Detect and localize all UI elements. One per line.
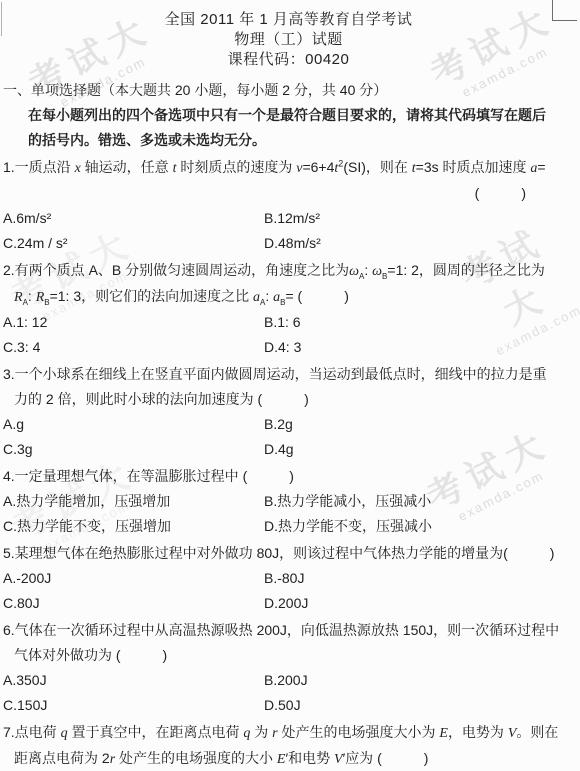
stem-text: : bbox=[364, 262, 372, 278]
stem-text: : bbox=[28, 288, 36, 304]
formula-variable: a bbox=[253, 290, 260, 305]
exam-session-title: 全国 2011 年 1 月高等教育自学考试 bbox=[3, 10, 574, 30]
formula-variable: E bbox=[439, 726, 448, 741]
stem-text: = bbox=[537, 159, 545, 175]
stem-text: 4.一定量理想气体，在等温膨胀过程中 ( ) bbox=[3, 468, 294, 484]
question-5-options-row: A.-200JB.-80J bbox=[3, 566, 574, 591]
stem-text: 。则在 bbox=[516, 724, 558, 740]
question-3-options-row: C.3gD.4g bbox=[3, 437, 574, 462]
stem-text: = ( ) bbox=[285, 288, 348, 304]
question-6-option-A: A.350J bbox=[3, 668, 264, 693]
question-6-option-C: C.150J bbox=[3, 693, 264, 718]
question-7-stem-line-2: 距离点电荷为 2r 处产生的电场强度的大小 E′和电势 V′应为 ( ) bbox=[3, 746, 574, 771]
question-6-stem-line-2: 气体对外做功为 ( ) bbox=[3, 643, 574, 668]
question-5-option-C: C.80J bbox=[3, 591, 264, 616]
question-1-option-B: B.12m/s² bbox=[264, 206, 574, 231]
section-heading: 一、单项选择题（本大题共 20 小题，每小题 2 分，共 40 分） bbox=[3, 78, 574, 103]
question-5: 5.某理想气体在绝热膨胀过程中对外做功 80J，则该过程中气体热力学能的增量为(… bbox=[3, 541, 574, 616]
stem-text: (SI)，则在 bbox=[343, 159, 411, 175]
stem-text: 1.一质点沿 bbox=[3, 159, 75, 175]
stem-text: 6.气体在一次循环过程中从高温热源吸热 200J，向低温热源放热 150J，则一… bbox=[3, 622, 559, 638]
question-4-option-D: D.热力学能不变，压强减小 bbox=[264, 514, 574, 539]
question-3-options-row: A.gB.2g bbox=[3, 412, 574, 437]
question-4-option-A: A.热力学能增加，压强增加 bbox=[3, 489, 264, 514]
instructions-line-1: 在每小题列出的四个备选项中只有一个是最符合题目要求的，请将其代码填写在题后 bbox=[3, 103, 574, 128]
question-5-option-A: A.-200J bbox=[3, 566, 264, 591]
questions-list: 1.一质点沿 x 轴运动，任意 t 时刻质点的速度为 v=6+4t2(SI)，则… bbox=[3, 155, 574, 771]
formula-variable: q bbox=[61, 726, 68, 741]
question-2-option-D: D.4: 3 bbox=[264, 335, 574, 360]
question-5-stem-line-1: 5.某理想气体在绝热膨胀过程中对外做功 80J，则该过程中气体热力学能的增量为(… bbox=[3, 541, 574, 566]
question-5-option-D: D.200J bbox=[264, 591, 574, 616]
question-3-stem-line-2: 力的 2 倍，则此时小球的法向加速度为 ( ) bbox=[3, 387, 574, 412]
question-3-stem-line-1: 3.一个小球系在细线上在竖直平面内做圆周运动，当运动到最低点时，细线中的拉力是重 bbox=[3, 362, 574, 387]
stem-text: 距离点电荷为 2 bbox=[14, 750, 110, 766]
subject-title: 物理（工）试题 bbox=[3, 30, 574, 50]
question-6-option-D: D.50J bbox=[264, 693, 574, 718]
stem-text: 7.点电荷 bbox=[3, 724, 61, 740]
stem-text: =6+4 bbox=[302, 159, 334, 175]
stem-text: 为 bbox=[250, 724, 272, 740]
stem-text: 置于真空中，在距离点电荷 bbox=[68, 724, 244, 740]
formula-variable: ω bbox=[372, 264, 382, 279]
question-4-option-C: C.热力学能不变，压强增加 bbox=[3, 514, 264, 539]
question-1-option-D: D.48m/s² bbox=[264, 231, 574, 256]
question-3-option-A: A.g bbox=[3, 412, 264, 437]
question-3-option-C: C.3g bbox=[3, 437, 264, 462]
question-2-stem-line-2: RA: RB=1: 3，则它们的法向加速度之比 aA: aB= ( ) bbox=[3, 284, 574, 310]
course-code: 课程代码：00420 bbox=[3, 50, 574, 70]
question-3-option-D: D.4g bbox=[264, 437, 574, 462]
formula-variable: R bbox=[36, 290, 45, 305]
stem-text: 处产生的电场强度的大小 bbox=[115, 750, 277, 766]
question-1-options-row: C.24m / s²D.48m/s² bbox=[3, 231, 574, 256]
stem-text: 和电势 bbox=[288, 750, 334, 766]
question-6-options-row: A.350JB.200J bbox=[3, 668, 574, 693]
question-4-option-B: B.热力学能减小，压强减小 bbox=[264, 489, 574, 514]
question-2-option-B: B.1: 6 bbox=[264, 310, 574, 335]
question-1-answer-bracket: ( ) bbox=[3, 181, 574, 206]
question-2-options-row: A.1: 12B.1: 6 bbox=[3, 310, 574, 335]
question-3-option-B: B.2g bbox=[264, 412, 574, 437]
formula-variable: ω bbox=[349, 264, 359, 279]
stem-text: 应为 ( ) bbox=[345, 750, 428, 766]
instructions-line-2: 的括号内。错选、多选或未选均无分。 bbox=[3, 128, 574, 153]
stem-text: 5.某理想气体在绝热膨胀过程中对外做功 80J，则该过程中气体热力学能的增量为(… bbox=[3, 545, 554, 561]
stem-text: 轴运动，任意 bbox=[81, 159, 173, 175]
stem-text: =1: 2，圆周的半径之比为 bbox=[387, 262, 545, 278]
exam-paper: 全国 2011 年 1 月高等教育自学考试 物理（工）试题 课程代码：00420… bbox=[0, 0, 580, 771]
paper-header: 全国 2011 年 1 月高等教育自学考试 物理（工）试题 课程代码：00420 bbox=[3, 10, 574, 70]
question-2-options-row: C.3: 4D.4: 3 bbox=[3, 335, 574, 360]
stem-text: : bbox=[265, 288, 273, 304]
scan-edge-mark bbox=[1, 2, 2, 36]
question-6-stem-line-1: 6.气体在一次循环过程中从高温热源吸热 200J，向低温热源放热 150J，则一… bbox=[3, 618, 574, 643]
question-6-options-row: C.150JD.50J bbox=[3, 693, 574, 718]
stem-text: ，电势为 bbox=[448, 724, 508, 740]
question-7-stem-line-1: 7.点电荷 q 置于真空中，在距离点电荷 q 为 r 处产生的电场强度大小为 E… bbox=[3, 720, 574, 746]
question-4: 4.一定量理想气体，在等温膨胀过程中 ( )A.热力学能增加，压强增加B.热力学… bbox=[3, 464, 574, 539]
question-1-options-row: A.6m/s²B.12m/s² bbox=[3, 206, 574, 231]
stem-text: =3s 时质点加速度 bbox=[416, 159, 531, 175]
stem-text: 处产生的电场强度大小为 bbox=[278, 724, 440, 740]
question-1-stem-line-1: 1.一质点沿 x 轴运动，任意 t 时刻质点的速度为 v=6+4t2(SI)，则… bbox=[3, 155, 574, 181]
stem-text: 力的 2 倍，则此时小球的法向加速度为 ( ) bbox=[14, 391, 309, 407]
question-4-stem-line-1: 4.一定量理想气体，在等温膨胀过程中 ( ) bbox=[3, 464, 574, 489]
stem-text: 2.有两个质点 A、B 分别做匀速圆周运动，角速度之比为 bbox=[3, 262, 349, 278]
question-1: 1.一质点沿 x 轴运动，任意 t 时刻质点的速度为 v=6+4t2(SI)，则… bbox=[3, 155, 574, 256]
question-3: 3.一个小球系在细线上在竖直平面内做圆周运动，当运动到最低点时，细线中的拉力是重… bbox=[3, 362, 574, 462]
question-2-stem-line-1: 2.有两个质点 A、B 分别做匀速圆周运动，角速度之比为ωA: ωB=1: 2，… bbox=[3, 258, 574, 284]
question-5-options-row: C.80JD.200J bbox=[3, 591, 574, 616]
question-2: 2.有两个质点 A、B 分别做匀速圆周运动，角速度之比为ωA: ωB=1: 2，… bbox=[3, 258, 574, 360]
question-4-options-row: A.热力学能增加，压强增加B.热力学能减小，压强减小 bbox=[3, 489, 574, 514]
question-4-options-row: C.热力学能不变，压强增加D.热力学能不变，压强减小 bbox=[3, 514, 574, 539]
stem-text: 时刻质点的速度为 bbox=[176, 159, 296, 175]
stem-text: 3.一个小球系在细线上在竖直平面内做圆周运动，当运动到最低点时，细线中的拉力是重 bbox=[3, 366, 547, 382]
question-7: 7.点电荷 q 置于真空中，在距离点电荷 q 为 r 处产生的电场强度大小为 E… bbox=[3, 720, 574, 771]
formula-variable: R bbox=[14, 290, 23, 305]
question-2-option-A: A.1: 12 bbox=[3, 310, 264, 335]
stem-text: 气体对外做功为 ( ) bbox=[14, 647, 167, 663]
formula-variable: V bbox=[334, 752, 343, 767]
question-6: 6.气体在一次循环过程中从高温热源吸热 200J，向低温热源放热 150J，则一… bbox=[3, 618, 574, 718]
stem-text: =1: 3，则它们的法向加速度之比 bbox=[50, 288, 253, 304]
scan-corner-mark bbox=[552, 0, 577, 21]
question-6-option-B: B.200J bbox=[264, 668, 574, 693]
question-1-option-A: A.6m/s² bbox=[3, 206, 264, 231]
question-5-option-B: B.-80J bbox=[264, 566, 574, 591]
question-2-option-C: C.3: 4 bbox=[3, 335, 264, 360]
question-1-option-C: C.24m / s² bbox=[3, 231, 264, 256]
